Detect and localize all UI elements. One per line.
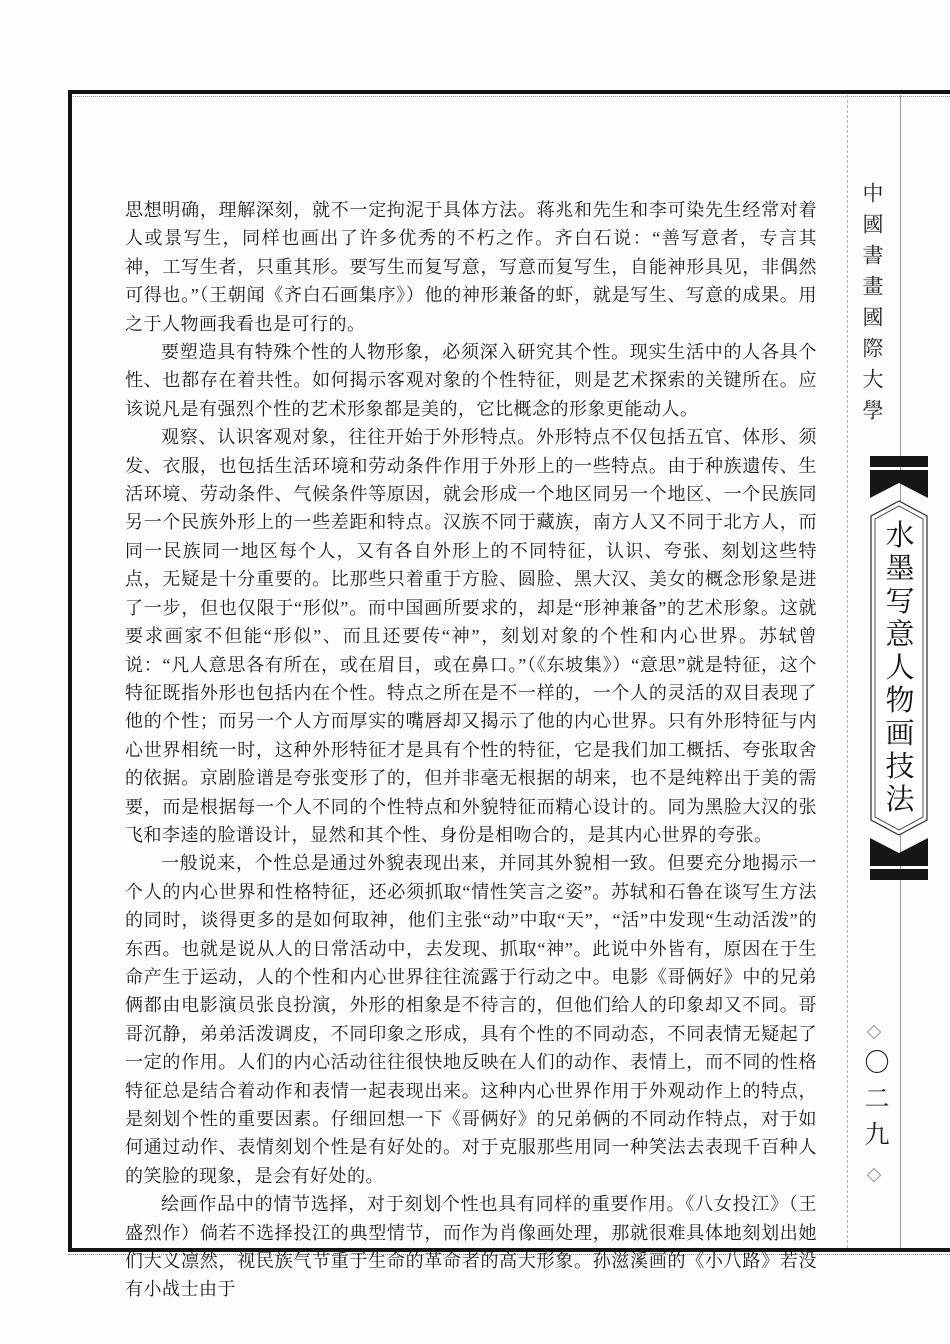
page-frame-top (68, 90, 950, 94)
book-page: 思想明确，理解深刻，就不一定拘泥于具体方法。蒋兆和先生和李可染先生经常对着人或景… (0, 0, 950, 1344)
sidebar-rule-left (847, 95, 848, 1248)
sidebar-institution-title: 中國書畫國際大學 (857, 182, 887, 442)
page-frame-top-dotted (68, 96, 950, 97)
paragraph: 要塑造具有特殊个性的人物形象，必须深入研究其个性。现实生活中的人各具个性、也都存… (125, 338, 817, 423)
diamond-ornament-top-icon: ◇ (867, 1022, 882, 1041)
banner-bar-top (870, 456, 928, 467)
title-banner: 水墨写意人物画技法 (870, 456, 928, 880)
body-text: 思想明确，理解深刻，就不一定拘泥于具体方法。蒋兆和先生和李可染先生经常对着人或景… (125, 196, 817, 1304)
page-frame-left (68, 90, 72, 1252)
banner-ribbon-bottom-icon (870, 838, 928, 866)
paragraph: 思想明确，理解深刻，就不一定拘泥于具体方法。蒋兆和先生和李可染先生经常对着人或景… (125, 196, 817, 338)
book-title: 水墨写意人物画技法 (879, 520, 920, 817)
page-number-value: 〇二九 (856, 1049, 892, 1157)
banner-cartouche: 水墨写意人物画技法 (870, 500, 928, 836)
paragraph: 观察、认识客观对象，往往开始于外形特点。外形特点不仅包括五官、体形、须发、衣服，… (125, 423, 817, 849)
page-number: ◇ 〇二九 ◇ (851, 1022, 897, 1184)
banner-ribbon-top-icon (870, 470, 928, 498)
paragraph: 绘画作品中的情节选择，对于刻划个性也具有同样的重要作用。《八女投江》（王盛烈作）… (125, 1190, 817, 1304)
paragraph: 一般说来，个性总是通过外貌表现出来，并同其外貌相一致。但要充分地揭示一个人的内心… (125, 849, 817, 1190)
banner-bar-bottom (870, 869, 928, 880)
diamond-ornament-bottom-icon: ◇ (867, 1165, 882, 1184)
